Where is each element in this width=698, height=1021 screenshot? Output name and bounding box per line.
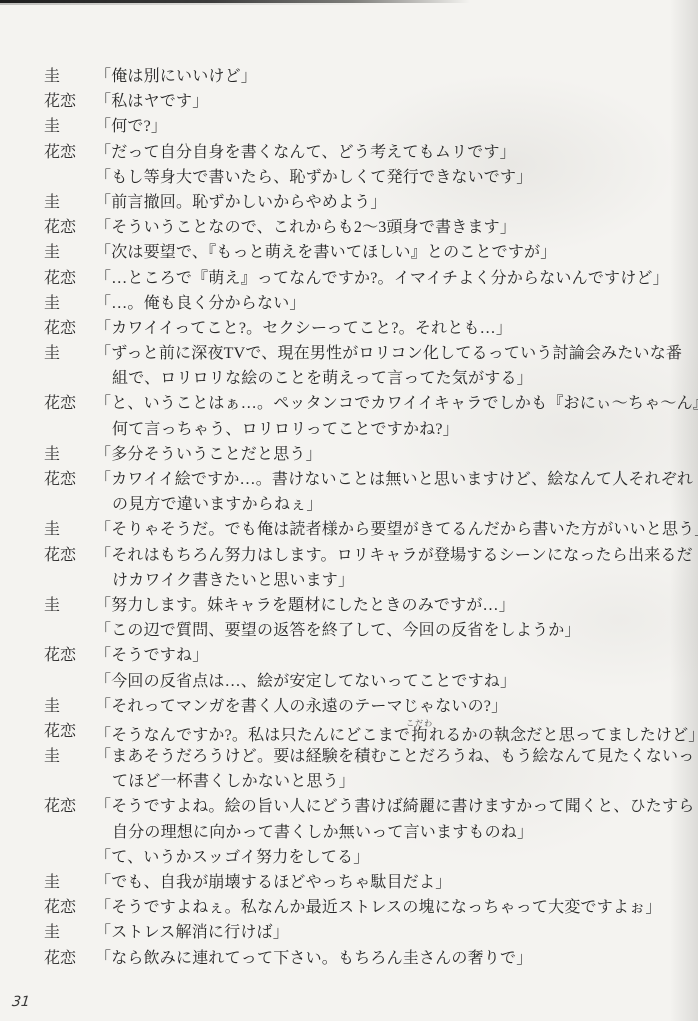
speaker-label: 花恋: [44, 391, 95, 416]
speaker-label: 圭: [44, 744, 95, 769]
speaker-label: [44, 669, 95, 694]
dialogue-line: 圭「…。俺も良く分からない」: [44, 291, 694, 316]
dialogue-text: 「もし等身大で書いたら、恥ずかしくて発行できないです」: [95, 165, 532, 190]
speaker-label: 花恋: [44, 543, 95, 568]
speaker-label: 圭: [44, 920, 95, 945]
speaker-label: 圭: [44, 240, 95, 265]
speaker-label: 花恋: [44, 140, 95, 165]
dialogue-line: 「もし等身大で書いたら、恥ずかしくて発行できないです」: [44, 165, 694, 190]
dialogue-line: 花恋「そうですね」: [44, 643, 694, 668]
scanned-page: 圭「俺は別にいいけど」花恋「私はヤです」圭「何で?」花恋「だって自分自身を書くな…: [0, 0, 698, 1021]
speaker-label: [44, 165, 95, 190]
dialogue-text: 「そういうことなので、これからも2〜3頭身で書きます」: [95, 215, 516, 240]
dialogue-line: の見方で違いますからねぇ」: [44, 492, 694, 517]
dialogue-line: 花恋「そうですよねぇ。私なんか最近ストレスの塊になっちゃって大変ですよぉ」: [44, 895, 694, 920]
dialogue-text: 「俺は別にいいけど」: [95, 64, 257, 89]
speaker-label: 圭: [44, 64, 95, 89]
dialogue-text: 「…ところで『萌え』ってなんですか?。イマイチよく分からないんですけど」: [95, 266, 669, 291]
dialogue-line: 圭「努力します。妹キャラを題材にしたときのみですが…」: [44, 593, 694, 618]
page-number: 31: [11, 994, 31, 1010]
dialogue-text: の見方で違いますからねぇ」: [95, 492, 323, 517]
speaker-label: 圭: [44, 870, 95, 895]
dialogue-text: 「何で?」: [95, 114, 167, 139]
dialogue-block: 圭「俺は別にいいけど」花恋「私はヤです」圭「何で?」花恋「だって自分自身を書くな…: [44, 64, 694, 971]
dialogue-line: 花恋「だって自分自身を書くなんて、どう考えてもムリです」: [44, 140, 694, 165]
dialogue-line: 自分の理想に向かって書くしか無いって言いますものね」: [44, 820, 694, 845]
speaker-label: 花恋: [44, 895, 95, 920]
dialogue-line: 圭「まあそうだろうけど。要は経験を積むことだろうね、もう絵なんて見たくないっ: [44, 744, 694, 769]
speaker-label: 花恋: [44, 215, 95, 240]
dialogue-text: 「なら飲みに連れてって下さい。もちろん圭さんの奢りで」: [95, 946, 532, 971]
dialogue-text: 「そうですよねぇ。私なんか最近ストレスの塊になっちゃって大変ですよぉ」: [95, 895, 662, 920]
dialogue-text: 組で、ロリロリな絵のことを萌えって言ってた気がする」: [95, 366, 533, 391]
speaker-label: [44, 769, 95, 794]
speaker-label: 花恋: [44, 266, 95, 291]
dialogue-line: 「今回の反省点は…、絵が安定してないってことですね」: [44, 669, 694, 694]
speaker-label: 花恋: [44, 316, 95, 341]
dialogue-line: 花恋「なら飲みに連れてって下さい。もちろん圭さんの奢りで」: [44, 946, 694, 971]
speaker-label: 花恋: [44, 794, 95, 819]
dialogue-line: けカワイク書きたいと思います」: [44, 568, 694, 593]
dialogue-line: 圭「何で?」: [44, 114, 694, 139]
dialogue-line: 花恋「そうなんですか?。私は只たんにどこまで拘こだわれるかの執念だと思ってました…: [44, 719, 694, 744]
dialogue-text: 何て言っちゃう、ロリロリってことですかね?」: [95, 417, 459, 442]
speaker-label: [44, 820, 95, 845]
dialogue-text: 「カワイイ絵ですか…。書けないことは無いと思いますけど、絵なんて人それぞれ: [95, 467, 693, 492]
dialogue-line: 圭「多分そういうことだと思う」: [44, 442, 694, 467]
dialogue-line: 圭「それってマンガを書く人の永遠のテーマじゃないの?」: [44, 694, 694, 719]
speaker-label: 圭: [44, 517, 95, 542]
dialogue-line: 「この辺で質問、要望の返答を終了して、今回の反省をしようか」: [44, 618, 694, 643]
dialogue-line: 組で、ロリロリな絵のことを萌えって言ってた気がする」: [44, 366, 694, 391]
speaker-label: [44, 417, 95, 442]
dialogue-line: 圭「ストレス解消に行けば」: [44, 920, 694, 945]
dialogue-text: 「それってマンガを書く人の永遠のテーマじゃないの?」: [95, 694, 507, 719]
dialogue-text: 「ずっと前に深夜TVで、現在男性がロリコン化してるっていう討論会みたいな番: [95, 341, 682, 366]
dialogue-text: 「…。俺も良く分からない」: [95, 291, 306, 316]
speaker-label: 圭: [44, 291, 95, 316]
speaker-label: 花恋: [44, 719, 95, 744]
dialogue-line: 花恋「カワイイ絵ですか…。書けないことは無いと思いますけど、絵なんて人それぞれ: [44, 467, 694, 492]
speaker-label: [44, 366, 95, 391]
dialogue-text: 「今回の反省点は…、絵が安定してないってことですね」: [95, 669, 516, 694]
dialogue-text: 「そうなんですか?。私は只たんにどこまで拘こだわれるかの執念だと思ってましたけど…: [95, 719, 698, 744]
dialogue-line: 圭「そりゃそうだ。でも俺は読者様から要望がきてるんだから書いた方がいいと思う」: [44, 517, 694, 542]
dialogue-text: 「前言撤回。恥ずかしいからやめよう」: [95, 190, 387, 215]
dialogue-text: 「そうですよね。絵の旨い人にどう書けば綺麗に書けますかって聞くと、ひたすら: [95, 794, 694, 819]
dialogue-text: 「まあそうだろうけど。要は経験を積むことだろうね、もう絵なんて見たくないっ: [95, 744, 694, 769]
dialogue-text: 「私はヤです」: [95, 89, 208, 114]
dialogue-line: 花恋「…ところで『萌え』ってなんですか?。イマイチよく分からないんですけど」: [44, 266, 694, 291]
dialogue-text: 「だって自分自身を書くなんて、どう考えてもムリです」: [95, 140, 516, 165]
speaker-label: 圭: [44, 442, 95, 467]
dialogue-text: 自分の理想に向かって書くしか無いって言いますものね」: [95, 820, 533, 845]
speaker-label: 圭: [44, 114, 95, 139]
dialogue-text: 「この辺で質問、要望の返答を終了して、今回の反省をしようか」: [95, 618, 581, 643]
dialogue-text: 「次は要望で、『もっと萌えを書いてほしい』とのことですが」: [95, 240, 556, 265]
dialogue-text: 「と、いうことはぁ…。ペッタンコでカワイイキャラでしかも『おにぃ〜ちゃ〜ん』: [95, 391, 698, 416]
dialogue-line: 圭「前言撤回。恥ずかしいからやめよう」: [44, 190, 694, 215]
dialogue-text: 「そうですね」: [95, 643, 208, 668]
dialogue-text: 「でも、自我が崩壊するほどやっちゃ駄目だよ」: [95, 870, 451, 895]
dialogue-text: 「そりゃそうだ。でも俺は読者様から要望がきてるんだから書いた方がいいと思う」: [95, 517, 698, 542]
speaker-label: [44, 618, 95, 643]
speaker-label: [44, 568, 95, 593]
dialogue-line: 花恋「と、いうことはぁ…。ペッタンコでカワイイキャラでしかも『おにぃ〜ちゃ〜ん』: [44, 391, 694, 416]
speaker-label: 圭: [44, 593, 95, 618]
dialogue-line: 花恋「私はヤです」: [44, 89, 694, 114]
scan-edge-top-soft: [0, 3, 430, 5]
furigana-annotation: こだわ: [406, 719, 433, 728]
dialogue-text: 「努力します。妹キャラを題材にしたときのみですが…」: [95, 593, 515, 618]
dialogue-line: てほど一杯書くしかないと思う」: [44, 769, 694, 794]
dialogue-line: 「て、いうかスッゴイ努力をしてる」: [44, 845, 694, 870]
dialogue-text: 「カワイイってこと?。セクシーってこと?。それとも…」: [95, 316, 512, 341]
speaker-label: 圭: [44, 190, 95, 215]
dialogue-line: 何て言っちゃう、ロリロリってことですかね?」: [44, 417, 694, 442]
dialogue-line: 圭「でも、自我が崩壊するほどやっちゃ駄目だよ」: [44, 870, 694, 895]
dialogue-line: 花恋「そういうことなので、これからも2〜3頭身で書きます」: [44, 215, 694, 240]
speaker-label: [44, 492, 95, 517]
speaker-label: 花恋: [44, 467, 95, 492]
speaker-label: 花恋: [44, 946, 95, 971]
dialogue-line: 花恋「それはもちろん努力はします。ロリキャラが登場するシーンになったら出来るだ: [44, 543, 694, 568]
speaker-label: 圭: [44, 694, 95, 719]
dialogue-text: 「それはもちろん努力はします。ロリキャラが登場するシーンになったら出来るだ: [95, 543, 693, 568]
dialogue-line: 圭「ずっと前に深夜TVで、現在男性がロリコン化してるっていう討論会みたいな番: [44, 341, 694, 366]
speaker-label: 圭: [44, 341, 95, 366]
dialogue-text: けカワイク書きたいと思います」: [95, 568, 354, 593]
dialogue-line: 花恋「そうですよね。絵の旨い人にどう書けば綺麗に書けますかって聞くと、ひたすら: [44, 794, 694, 819]
dialogue-text: 「て、いうかスッゴイ努力をしてる」: [95, 845, 369, 870]
speaker-label: [44, 845, 95, 870]
dialogue-text: 「多分そういうことだと思う」: [95, 442, 322, 467]
dialogue-text: てほど一杯書くしかないと思う」: [95, 769, 355, 794]
dialogue-line: 圭「次は要望で、『もっと萌えを書いてほしい』とのことですが」: [44, 240, 694, 265]
speaker-label: 花恋: [44, 643, 95, 668]
dialogue-line: 花恋「カワイイってこと?。セクシーってこと?。それとも…」: [44, 316, 694, 341]
dialogue-line: 圭「俺は別にいいけど」: [44, 64, 694, 89]
speaker-label: 花恋: [44, 89, 95, 114]
dialogue-text: 「ストレス解消に行けば」: [95, 920, 289, 945]
